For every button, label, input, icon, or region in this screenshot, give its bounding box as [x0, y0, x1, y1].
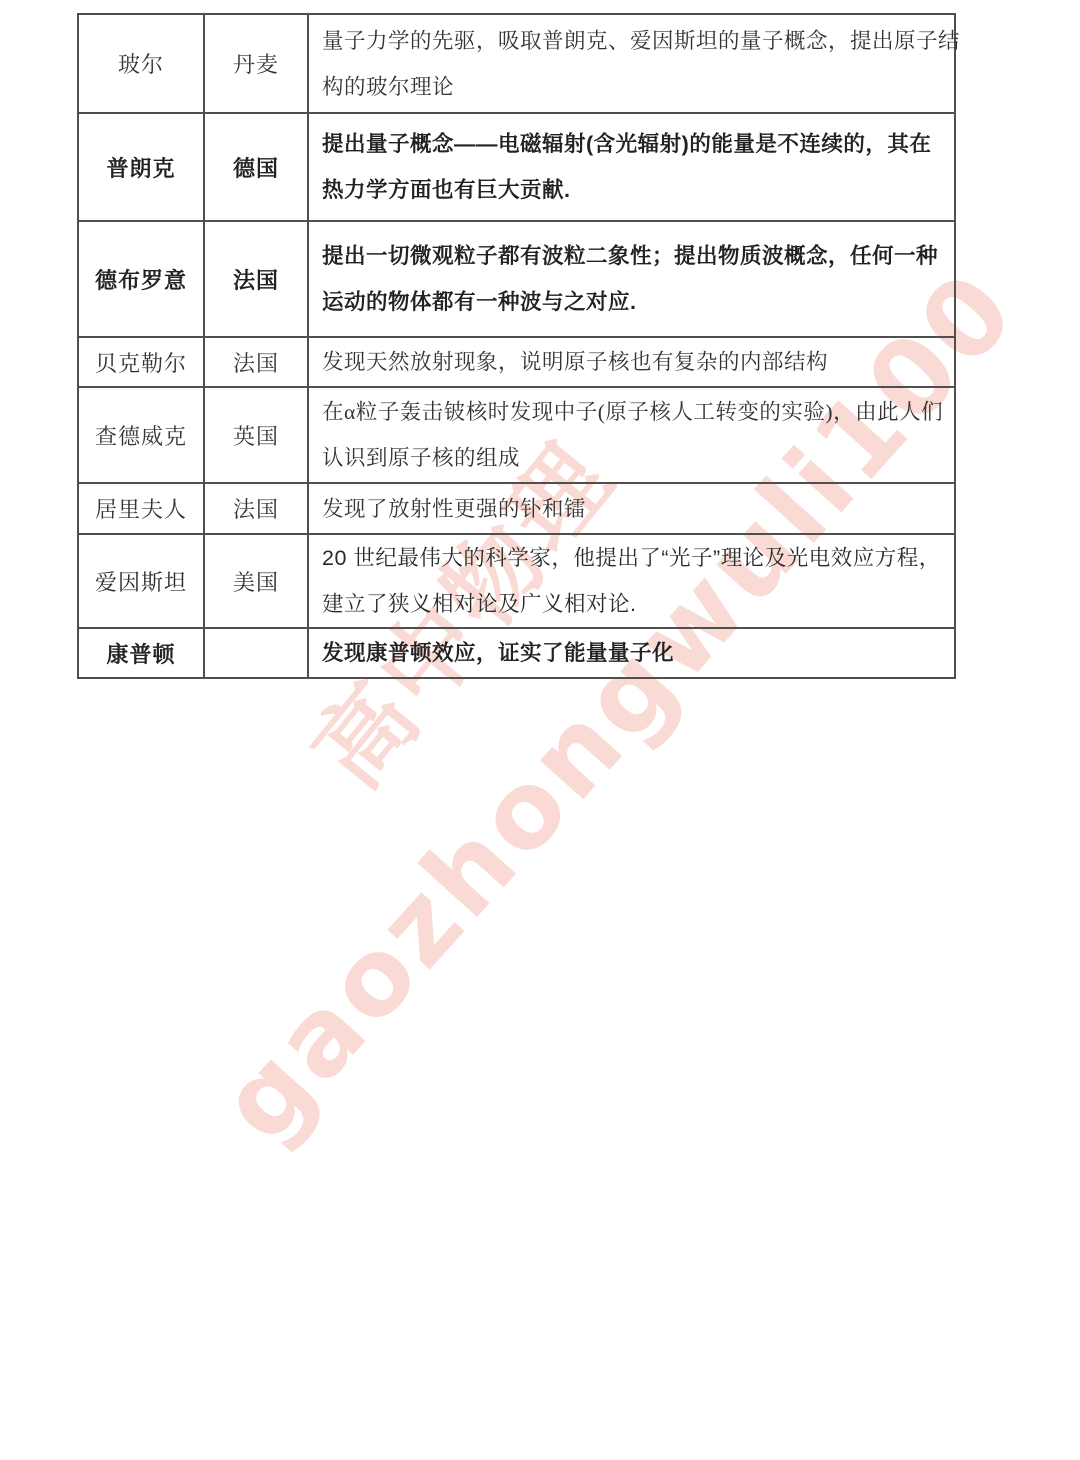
physicist-country: 丹麦 — [204, 14, 308, 113]
physicist-name: 普朗克 — [78, 113, 204, 221]
physicist-country: 法国 — [204, 483, 308, 534]
contribution-line: 提出一切微观粒子都有波粒二象性；提出物质波概念，任何一种 — [322, 233, 948, 279]
contribution-cell: 发现了放射性更强的钋和镭 — [308, 483, 955, 534]
table-row: 普朗克 德国 提出量子概念——电磁辐射(含光辐射)的能量是不连续的，其在 热力学… — [78, 113, 955, 221]
table-row: 德布罗意 法国 提出一切微观粒子都有波粒二象性；提出物质波概念，任何一种 运动的… — [78, 221, 955, 337]
contribution-cell: 提出一切微观粒子都有波粒二象性；提出物质波概念，任何一种 运动的物体都有一种波与… — [308, 221, 955, 337]
contribution-line: 量子力学的先驱，吸取普朗克、爱因斯坦的量子概念，提出原子结 — [322, 18, 948, 64]
contribution-line: 发现了放射性更强的钋和镭 — [322, 486, 948, 532]
physicist-country — [204, 628, 308, 678]
physicist-name: 玻尔 — [78, 14, 204, 113]
physicist-country: 英国 — [204, 387, 308, 483]
contribution-line: 20 世纪最伟大的科学家，他提出了“光子”理论及光电效应方程， — [322, 535, 948, 581]
contribution-line: 提出量子概念——电磁辐射(含光辐射)的能量是不连续的，其在 — [322, 121, 948, 167]
physicist-country: 法国 — [204, 337, 308, 387]
contribution-line: 发现天然放射现象，说明原子核也有复杂的内部结构 — [322, 339, 948, 385]
contribution-cell: 20 世纪最伟大的科学家，他提出了“光子”理论及光电效应方程， 建立了狭义相对论… — [308, 534, 955, 628]
table-row: 居里夫人 法国 发现了放射性更强的钋和镭 — [78, 483, 955, 534]
physicist-name: 查德威克 — [78, 387, 204, 483]
contribution-line: 构的玻尔理论 — [322, 64, 948, 110]
physicist-country: 美国 — [204, 534, 308, 628]
physicist-name: 德布罗意 — [78, 221, 204, 337]
contribution-line: 认识到原子核的组成 — [322, 435, 948, 481]
contribution-cell: 发现天然放射现象，说明原子核也有复杂的内部结构 — [308, 337, 955, 387]
contribution-line: 发现康普顿效应，证实了能量量子化 — [322, 630, 948, 676]
physicists-table: 玻尔 丹麦 量子力学的先驱，吸取普朗克、爱因斯坦的量子概念，提出原子结 构的玻尔… — [77, 13, 956, 679]
contribution-cell: 提出量子概念——电磁辐射(含光辐射)的能量是不连续的，其在 热力学方面也有巨大贡… — [308, 113, 955, 221]
contribution-line: 热力学方面也有巨大贡献. — [322, 167, 948, 213]
table-row: 康普顿 发现康普顿效应，证实了能量量子化 — [78, 628, 955, 678]
contribution-line: 在α粒子轰击铍核时发现中子(原子核人工转变的实验)，由此人们 — [322, 389, 948, 435]
table-row: 查德威克 英国 在α粒子轰击铍核时发现中子(原子核人工转变的实验)，由此人们 认… — [78, 387, 955, 483]
physicist-name: 康普顿 — [78, 628, 204, 678]
physicist-country: 法国 — [204, 221, 308, 337]
table-row: 玻尔 丹麦 量子力学的先驱，吸取普朗克、爱因斯坦的量子概念，提出原子结 构的玻尔… — [78, 14, 955, 113]
document-page: 高中物理 gaozhongwuli100 玻尔 丹麦 量子力学的先驱，吸取普朗克… — [0, 0, 1080, 1460]
contribution-cell: 发现康普顿效应，证实了能量量子化 — [308, 628, 955, 678]
physicist-name: 居里夫人 — [78, 483, 204, 534]
contribution-cell: 在α粒子轰击铍核时发现中子(原子核人工转变的实验)，由此人们 认识到原子核的组成 — [308, 387, 955, 483]
table-row: 爱因斯坦 美国 20 世纪最伟大的科学家，他提出了“光子”理论及光电效应方程， … — [78, 534, 955, 628]
physicist-name: 贝克勒尔 — [78, 337, 204, 387]
physicist-name: 爱因斯坦 — [78, 534, 204, 628]
contribution-line: 运动的物体都有一种波与之对应. — [322, 279, 948, 325]
contribution-cell: 量子力学的先驱，吸取普朗克、爱因斯坦的量子概念，提出原子结 构的玻尔理论 — [308, 14, 955, 113]
physicist-country: 德国 — [204, 113, 308, 221]
contribution-line: 建立了狭义相对论及广义相对论. — [322, 581, 948, 627]
table-row: 贝克勒尔 法国 发现天然放射现象，说明原子核也有复杂的内部结构 — [78, 337, 955, 387]
